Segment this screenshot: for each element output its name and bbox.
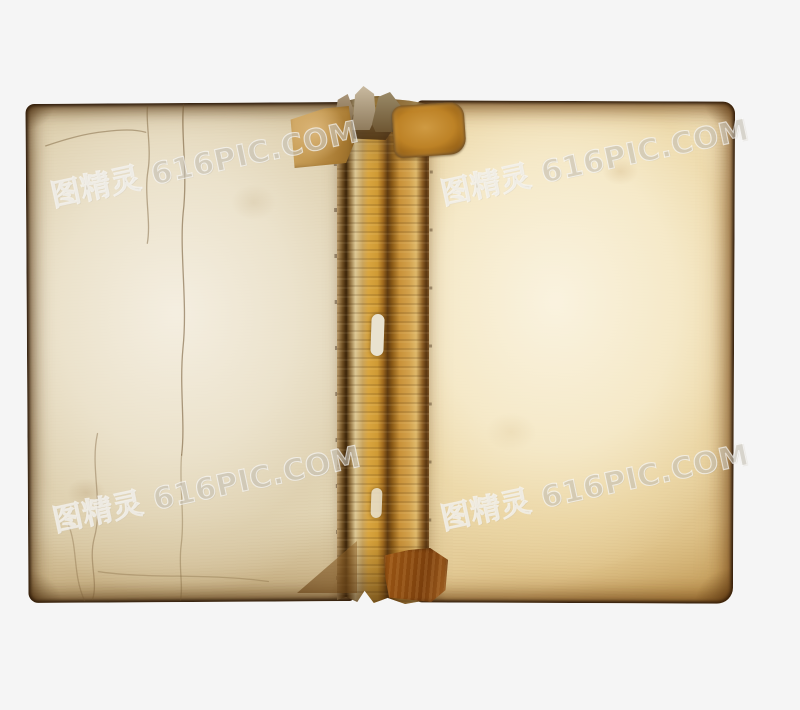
left-page-cracks [25, 102, 353, 603]
right-page [415, 100, 735, 603]
spine-paper-patch-lower [370, 488, 382, 518]
tape-top-right [391, 102, 466, 159]
spine-paper-patch [370, 314, 384, 356]
left-page [25, 102, 353, 603]
tape-bottom-right [384, 548, 448, 602]
right-page-burnt-corners [415, 100, 735, 603]
stock-photo-old-open-book: 图精灵 616PIC.COM 图精灵 616PIC.COM 图精灵 616PIC… [0, 0, 800, 710]
book-spine [337, 96, 429, 604]
